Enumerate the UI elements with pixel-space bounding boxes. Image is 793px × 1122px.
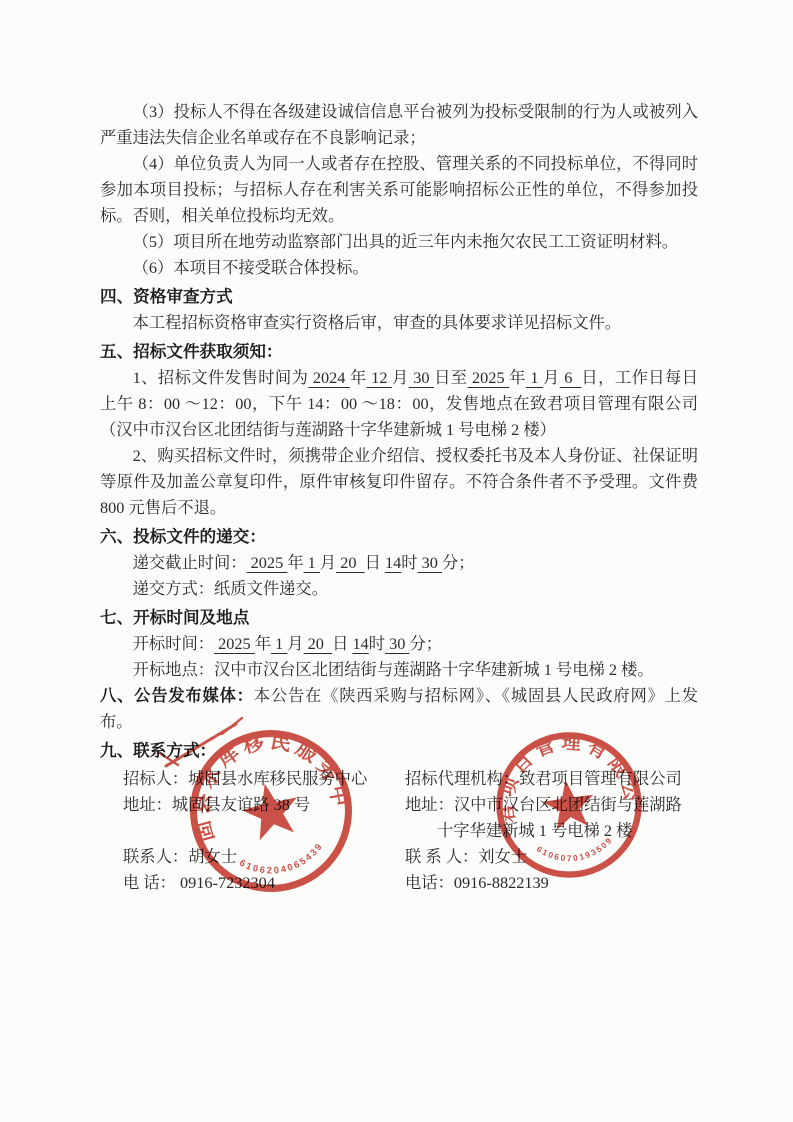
sale-year-end: 2025: [468, 368, 510, 387]
opening-hour: 14: [352, 634, 368, 653]
clause-5: （5）项目所在地劳动监察部门出具的近三年内未拖欠农民工工资证明材料。: [100, 229, 698, 255]
opening-month: 1: [271, 634, 287, 653]
star-icon: [237, 777, 305, 843]
submission-method: 递交方式：纸质文件递交。: [100, 576, 698, 602]
sale-year-start: 2024: [308, 368, 350, 387]
star-icon: [540, 776, 597, 831]
sale-month-start: 12: [367, 368, 392, 387]
document-page: （3）投标人不得在各级建设诚信信息平台被列为投标受限制的行为人或被列入严重违法失…: [0, 0, 793, 1122]
section-8-heading: 八、公告发布媒体：: [100, 687, 254, 705]
section-4-heading: 四、资格审查方式: [100, 284, 698, 310]
sale-day-start: 30: [409, 368, 434, 387]
deadline-hour: 14: [385, 553, 401, 572]
deadline-minute: 30: [418, 553, 442, 572]
deadline-month: 1: [304, 553, 320, 572]
opening-minute: 30: [385, 634, 409, 653]
submission-deadline-line: 递交截止时间： 2025 年 1 月 20 日 14时 30 分；: [100, 550, 698, 576]
opening-day: 20: [304, 634, 333, 653]
section-4-body: 本工程招标资格审查实行资格后审，审查的具体要求详见招标文件。: [100, 310, 698, 336]
purchase-requirements: 2、购买招标文件时，须携带企业介绍信、授权委托书及本人身份证、社保证明等原件及加…: [100, 443, 698, 521]
section-6-heading: 六、投标文件的递交：: [100, 524, 698, 550]
sale-time-line: 1、招标文件发售时间为 2024 年 12 月 30 日至 2025 年 1 月…: [100, 365, 698, 443]
opening-year: 2025: [214, 634, 255, 653]
section-7-heading: 七、开标时间及地点: [100, 605, 698, 631]
clause-6: （6）本项目不接受联合体投标。: [100, 255, 698, 281]
clause-4: （4）单位负责人为同一人或者存在控股、管理关系的不同投标单位，不得同时参加本项目…: [100, 151, 698, 229]
deadline-year: 2025: [247, 553, 288, 572]
section-5-heading: 五、招标文件获取须知：: [100, 339, 698, 365]
opening-place: 开标地点：汉中市汉台区北团结街与莲湖路十字华建新城 1 号电梯 2 楼。: [100, 657, 698, 683]
opening-time-line: 开标时间： 2025 年 1 月 20 日 14时 30 分；: [100, 631, 698, 657]
deadline-day: 20: [336, 553, 365, 572]
sale-month-end: 1: [526, 368, 543, 387]
agency-seal-stamp: 致君项目管理有限公司 6106070193509: [480, 716, 658, 894]
clause-3: （3）投标人不得在各级建设诚信信息平台被列为投标受限制的行为人或被列入严重违法失…: [100, 99, 698, 151]
sale-day-end: 6: [560, 368, 582, 387]
